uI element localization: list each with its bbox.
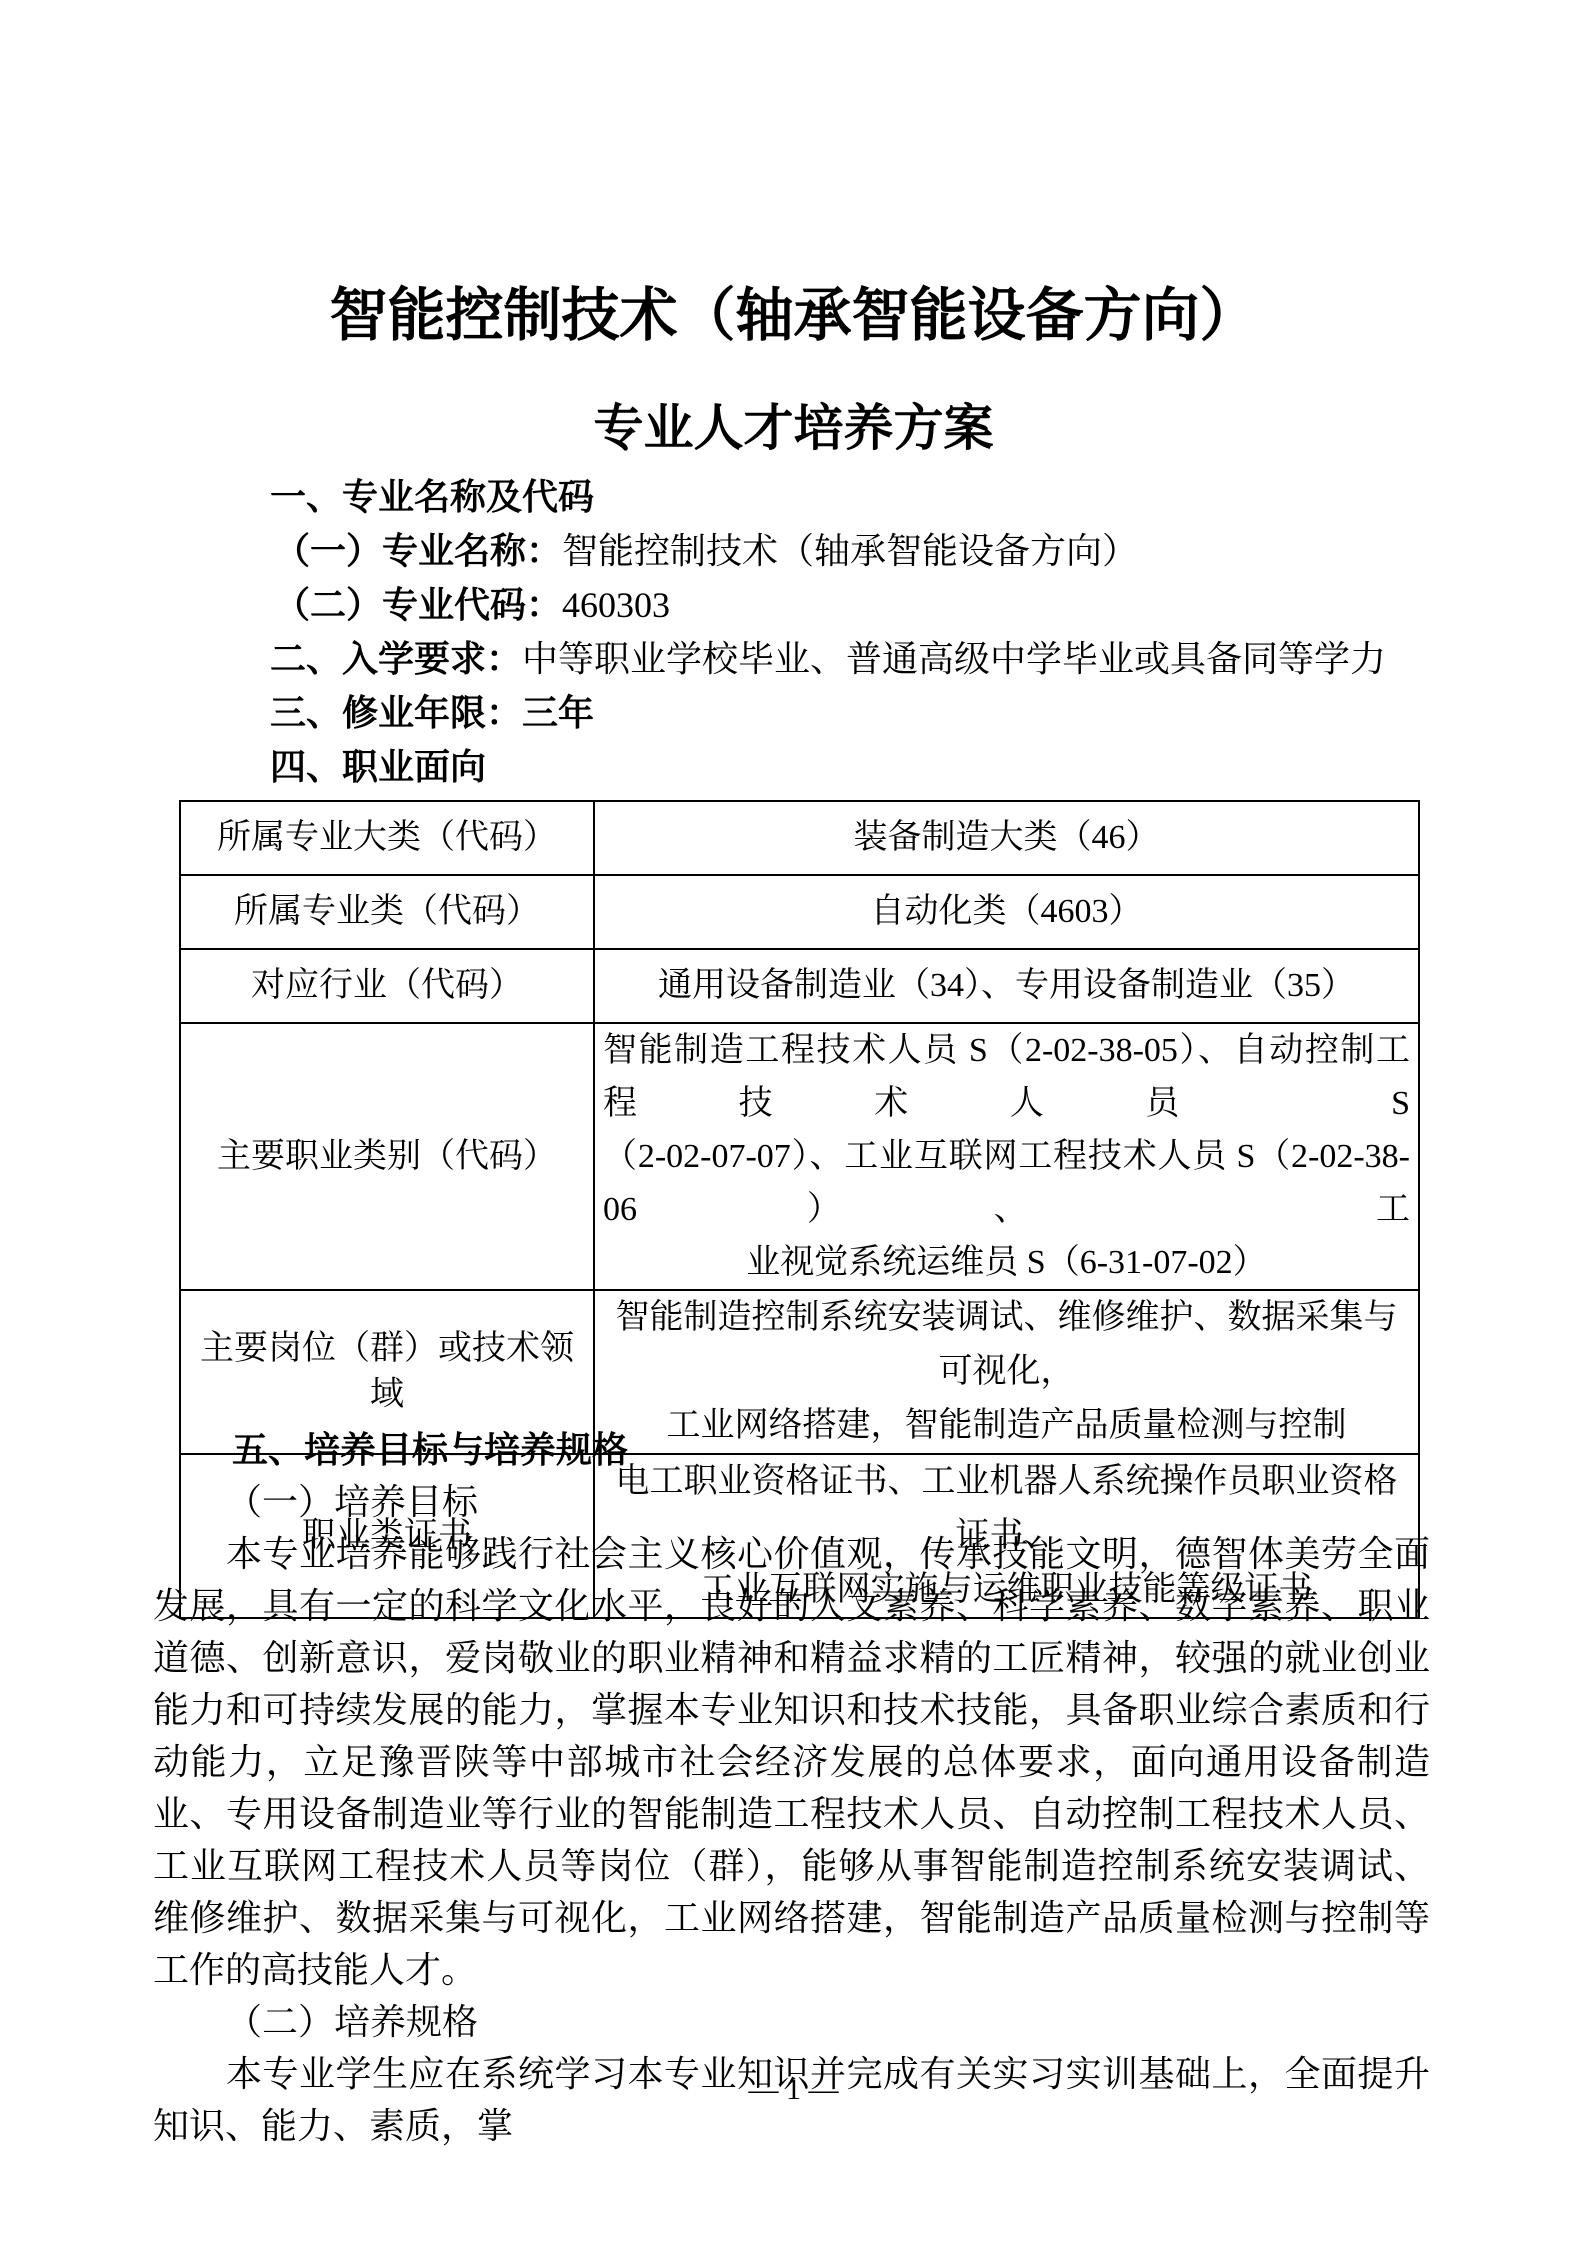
subheading-training-objective: （一）培养目标 [153, 1476, 1430, 1528]
item-entry-requirement: 二、入学要求：中等职业学校毕业、普通高级中学毕业或具备同等学力 [153, 632, 1430, 686]
table-row-value: 装备制造大类（46） [594, 801, 1419, 875]
subheading-training-specification: （二）培养规格 [153, 1996, 1430, 2048]
section-5: 五、培养目标与培养规格 （一）培养目标 本专业培养能够践行社会主义核心价值观，传… [153, 1424, 1430, 2152]
item-study-duration-label: 三、修业年限： [270, 692, 522, 733]
heading-section-5: 五、培养目标与培养规格 [153, 1424, 1430, 1476]
table-row-value: 智能制造工程技术人员 S（2-02-38-05）、自动控制工程技术人员 S （2… [594, 1023, 1419, 1290]
item-study-duration: 三、修业年限：三年 [153, 686, 1430, 740]
item-major-name-label: （一）专业名称： [274, 530, 562, 571]
item-major-name-value: 智能控制技术（轴承智能设备方向） [562, 531, 1138, 571]
document-title-line1: 智能控制技术（轴承智能设备方向） [0, 283, 1587, 349]
table-value-line: 智能制造控制系统安装调试、维修维护、数据采集与可视化， [603, 1291, 1410, 1399]
table-value-line: 智能制造工程技术人员 S（2-02-38-05）、自动控制工程技术人员 S [603, 1024, 1410, 1130]
table-row: 所属专业大类（代码） 装备制造大类（46） [180, 801, 1419, 875]
item-entry-requirement-label: 二、入学要求： [270, 638, 522, 679]
table-row: 所属专业类（代码） 自动化类（4603） [180, 875, 1419, 949]
heading-section-1: 一、专业名称及代码 [153, 470, 1430, 524]
document-title-line2: 专业人才培养方案 [0, 398, 1587, 458]
item-major-code-value: 460303 [562, 585, 670, 625]
document-page: 智能控制技术（轴承智能设备方向） 专业人才培养方案 一、专业名称及代码 （一）专… [0, 0, 1587, 2245]
table-row-label: 对应行业（代码） [180, 949, 594, 1023]
heading-section-4: 四、职业面向 [153, 740, 1430, 794]
table-row: 对应行业（代码） 通用设备制造业（34）、专用设备制造业（35） [180, 949, 1419, 1023]
table-row-label: 所属专业类（代码） [180, 875, 594, 949]
item-major-code-label: （二）专业代码： [274, 584, 562, 625]
section-list: 一、专业名称及代码 （一）专业名称：智能控制技术（轴承智能设备方向） （二）专业… [153, 470, 1430, 794]
page-number: — 1 — [0, 2072, 1587, 2108]
table-value-line: 业视觉系统运维员 S（6-31-07-02） [603, 1236, 1410, 1289]
item-entry-requirement-value: 中等职业学校毕业、普通高级中学毕业或具备同等学力 [522, 639, 1386, 679]
paragraph-training-objective: 本专业培养能够践行社会主义核心价值观，传承技能文明，德智体美劳全面发展，具有一定… [153, 1528, 1430, 1996]
item-major-name: （一）专业名称：智能控制技术（轴承智能设备方向） [153, 524, 1430, 578]
item-study-duration-value: 三年 [522, 692, 594, 733]
table-value-line: （2-02-07-07）、工业互联网工程技术人员 S（2-02-38-06）、 … [603, 1130, 1410, 1236]
item-major-code: （二）专业代码：460303 [153, 578, 1430, 632]
table-row-value: 通用设备制造业（34）、专用设备制造业（35） [594, 949, 1419, 1023]
table-row-label: 所属专业大类（代码） [180, 801, 594, 875]
table-row-label: 主要职业类别（代码） [180, 1023, 594, 1290]
table-row-value: 自动化类（4603） [594, 875, 1419, 949]
table-row: 主要职业类别（代码） 智能制造工程技术人员 S（2-02-38-05）、自动控制… [180, 1023, 1419, 1290]
